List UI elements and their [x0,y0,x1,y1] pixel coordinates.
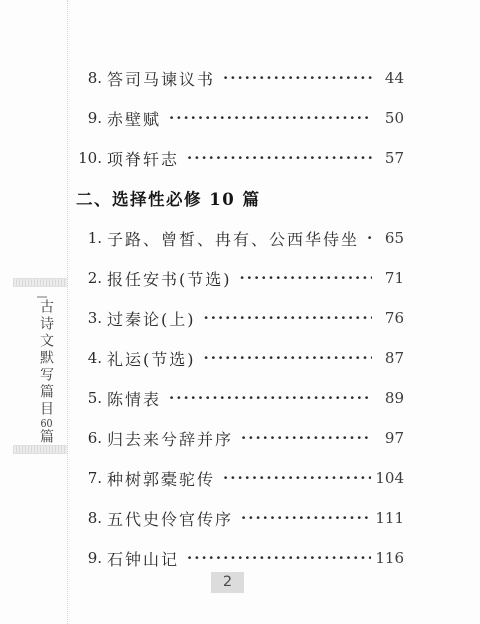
toc-entry-number: 8. [76,509,102,527]
toc-entry: 8. 答司马谏议书 ······························… [76,58,404,98]
spine-title: 古诗文默写篇目60篇 [36,299,56,459]
toc-entry-page: 44 [376,69,404,87]
toc-entry: 5. 陈情表 ·································… [76,378,404,418]
toc-entry-leader-dots: ········································… [367,229,372,247]
toc-entry-title: 过秦论(上) [107,307,196,330]
toc-entry-page: 87 [376,349,404,367]
toc-entry-leader-dots: ········································… [187,549,371,567]
decor-dash [37,296,47,298]
toc-entry-leader-dots: ········································… [223,469,371,487]
decor-hatch-bar-top [13,278,67,287]
toc-entry-number: 9. [76,109,102,127]
toc-entry-page: 76 [376,309,404,327]
toc-entry-title: 礼运(节选) [107,347,196,370]
toc-entry: 2. 报任安书(节选) ····························… [76,258,404,298]
toc-entry-leader-dots: ········································… [241,429,372,447]
toc-entry-title: 陈情表 [107,387,161,410]
toc-entry: 3. 过秦论(上) ······························… [76,298,404,338]
margin-dotted-line [67,0,68,624]
toc-entry-page: 104 [375,469,404,487]
toc-entry-leader-dots: ········································… [204,349,373,367]
toc-section2-heading: 二、选择性必修 10 篇 [76,178,404,218]
toc-entry-title: 石钟山记 [107,547,179,570]
toc-entry-number: 5. [76,389,102,407]
toc-entry-page: 57 [376,149,404,167]
toc-entry-number: 8. [76,69,102,87]
toc-entry-page: 111 [375,509,404,527]
toc-entry-number: 4. [76,349,102,367]
toc-entry-leader-dots: ········································… [187,149,372,167]
toc-entry-page: 97 [376,429,404,447]
toc-entry-page: 116 [375,549,404,567]
toc-entry-title: 赤壁赋 [107,107,161,130]
toc-entry-page: 71 [376,269,404,287]
toc-entry-leader-dots: ········································… [169,109,372,127]
toc-section2: 1. 子路、曾皙、冉有、公西华侍坐 ······················… [76,218,404,578]
toc-entry-title: 项脊轩志 [107,147,179,170]
spine-title-number: 60 [40,418,53,429]
book-page: 古诗文默写篇目60篇 8. 答司马谏议书 ···················… [0,0,480,624]
toc-entry: 10. 项脊轩志 ·······························… [76,138,404,178]
spine-title-cjk: 古诗文默写篇目 [38,299,54,418]
toc-entry-leader-dots: ········································… [204,309,373,327]
toc-entry-title: 归去来兮辞并序 [107,427,233,450]
spine-title-suffix: 篇 [38,429,54,446]
decor-hatch-bar-bottom [13,445,67,454]
toc-entry-leader-dots: ········································… [241,509,371,527]
toc-entry: 6. 归去来兮辞并序 ·····························… [76,418,404,458]
toc-entry-page: 50 [376,109,404,127]
table-of-contents: 8. 答司马谏议书 ······························… [76,58,404,578]
toc-entry-title: 报任安书(节选) [107,267,232,290]
toc-entry: 8. 五代史伶官传序 ·····························… [76,498,404,538]
toc-entry-number: 2. [76,269,102,287]
toc-entry-leader-dots: ········································… [223,69,372,87]
toc-entry-leader-dots: ········································… [169,389,372,407]
toc-section1: 8. 答司马谏议书 ······························… [76,58,404,178]
toc-entry-title: 子路、曾皙、冉有、公西华侍坐 [107,227,359,250]
toc-entry-leader-dots: ········································… [240,269,373,287]
toc-entry: 7. 种树郭橐驼传 ······························… [76,458,404,498]
toc-entry-number: 1. [76,229,102,247]
toc-entry: 4. 礼运(节选) ······························… [76,338,404,378]
toc-entry-page: 65 [376,229,404,247]
toc-entry-title: 种树郭橐驼传 [107,467,215,490]
toc-entry-number: 7. [76,469,102,487]
toc-entry-title: 答司马谏议书 [107,67,215,90]
toc-entry-number: 10. [76,149,102,167]
page-number-badge: 2 [211,572,244,593]
toc-entry-number: 9. [76,549,102,567]
toc-entry-title: 五代史伶官传序 [107,507,233,530]
toc-entry-number: 3. [76,309,102,327]
toc-entry: 9. 赤壁赋 ·································… [76,98,404,138]
toc-entry-page: 89 [376,389,404,407]
toc-entry: 1. 子路、曾皙、冉有、公西华侍坐 ······················… [76,218,404,258]
toc-entry-number: 6. [76,429,102,447]
